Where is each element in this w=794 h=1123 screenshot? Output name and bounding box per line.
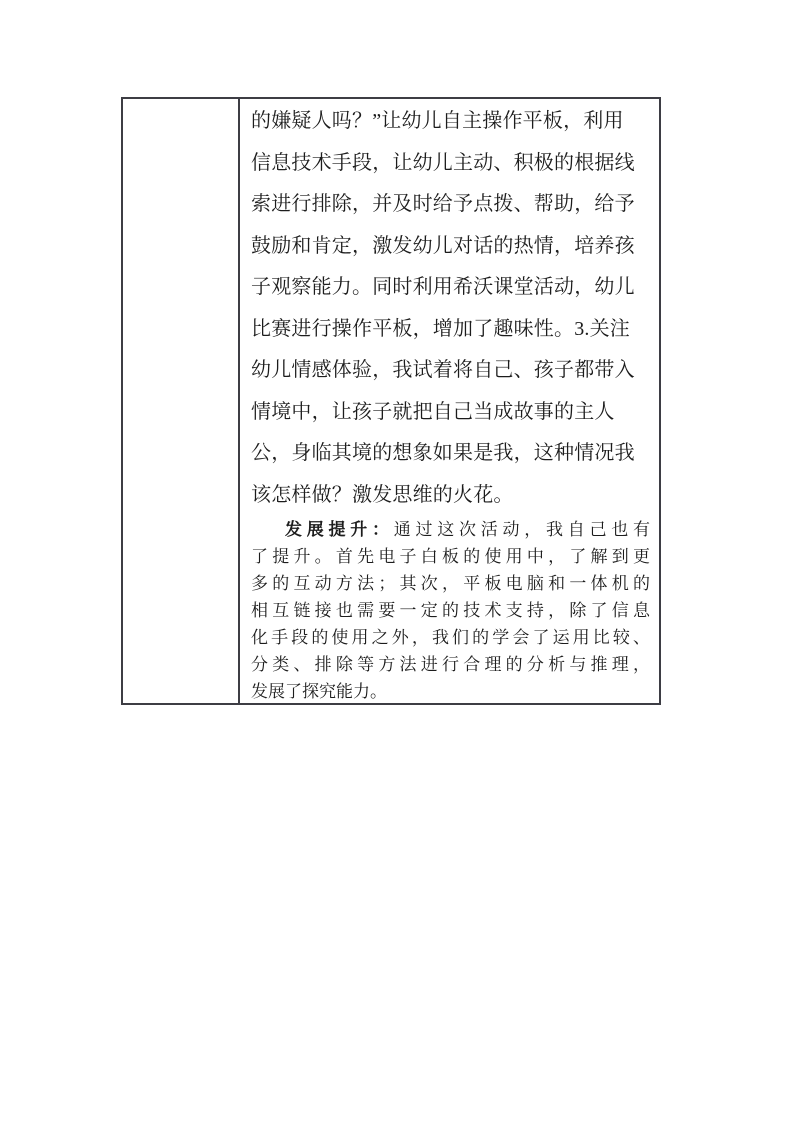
table: 的嫌疑人吗？”让幼儿自主操作平板，利用 信息技术手段，让幼儿主动、积极的根据线 … xyxy=(121,97,661,705)
text-line: 公，身临其境的想象如果是我，这种情况我 xyxy=(251,433,650,475)
text-line: 子观察能力。同时利用希沃课堂活动，幼儿 xyxy=(251,267,650,309)
paragraph-heading: 发展提升： xyxy=(285,520,394,539)
text-line: 分类、排除等方法进行合理的分析与推理， xyxy=(251,651,650,678)
text-line: 索进行排除，并及时给予点拨、帮助，给予 xyxy=(251,184,650,226)
table-right-cell: 的嫌疑人吗？”让幼儿自主操作平板，利用 信息技术手段，让幼儿主动、积极的根据线 … xyxy=(240,99,659,703)
text-line: 比赛进行操作平板，增加了趣味性。3.关注 xyxy=(251,309,650,351)
text-line: 发展了探究能力。 xyxy=(251,678,650,703)
text-line: 了提升。首先电子白板的使用中，了解到更 xyxy=(251,543,650,570)
text-line: 幼儿情感体验，我试着将自己、孩子都带入 xyxy=(251,350,650,392)
text-line: 相互链接也需要一定的技术支持，除了信息 xyxy=(251,597,650,624)
text-line: 情境中，让孩子就把自己当成故事的主人 xyxy=(251,392,650,434)
paragraph-development: 发展提升：通过这次活动，我自己也有 了提升。首先电子白板的使用中，了解到更 多的… xyxy=(251,516,650,703)
text-line: 信息技术手段，让幼儿主动、积极的根据线 xyxy=(251,143,650,185)
text-line: 该怎样做？激发思维的火花。 xyxy=(251,475,650,517)
text-line: 的嫌疑人吗？”让幼儿自主操作平板，利用 xyxy=(251,101,650,143)
table-left-cell xyxy=(123,99,240,703)
text-line: 发展提升：通过这次活动，我自己也有 xyxy=(251,516,650,543)
text-line: 鼓励和肯定，激发幼儿对话的热情，培养孩 xyxy=(251,226,650,268)
paragraph-heading-rest: 通过这次活动，我自己也有 xyxy=(394,520,650,539)
text-line: 多的互动方法；其次，平板电脑和一体机的 xyxy=(251,570,650,597)
document-page: 的嫌疑人吗？”让幼儿自主操作平板，利用 信息技术手段，让幼儿主动、积极的根据线 … xyxy=(0,0,794,1123)
paragraph-reflection: 的嫌疑人吗？”让幼儿自主操作平板，利用 信息技术手段，让幼儿主动、积极的根据线 … xyxy=(251,101,650,516)
text-line: 化手段的使用之外，我们的学会了运用比较、 xyxy=(251,624,650,651)
